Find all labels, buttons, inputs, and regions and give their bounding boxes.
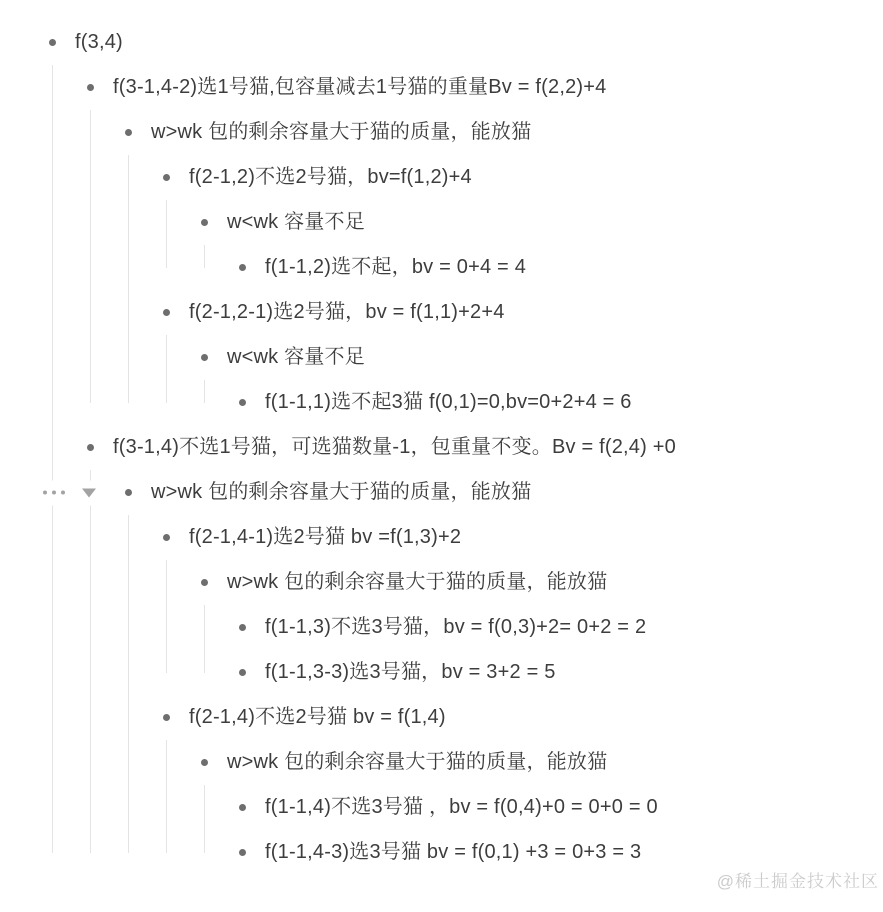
outline-children: w<wk 容量不足f(1-1,2)选不起，bv = 0+4 = 4 xyxy=(166,200,883,290)
outline-item[interactable]: f(3,4) xyxy=(49,20,883,65)
bullet-icon[interactable] xyxy=(163,714,170,721)
outline-node: f(1-1,4)不选3号猫 ，bv = f(0,4)+0 = 0+0 = 0 xyxy=(239,785,883,830)
outline-item[interactable]: f(1-1,4)不选3号猫 ，bv = f(0,4)+0 = 0+0 = 0 xyxy=(239,785,883,830)
outline-tree: f(3,4)f(3-1,4-2)选1号猫,包容量减去1号猫的重量Bv = f(2… xyxy=(0,0,883,875)
outline-item[interactable]: w<wk 容量不足 xyxy=(201,200,883,245)
outline-item-text: f(2-1,2-1)选2号猫，bv = f(1,1)+2+4 xyxy=(189,290,505,335)
outline-item-text: w>wk 包的剩余容量大于猫的质量，能放猫 xyxy=(227,560,607,605)
outline-node: w>wk 包的剩余容量大于猫的质量，能放猫f(2-1,2)不选2号猫，bv=f(… xyxy=(125,110,883,425)
outline-page: f(3,4)f(3-1,4-2)选1号猫,包容量减去1号猫的重量Bv = f(2… xyxy=(0,0,883,912)
outline-item-text: f(1-1,1)选不起3猫 f(0,1)=0,bv=0+2+4 = 6 xyxy=(265,380,632,425)
outline-item-text: f(2-1,2)不选2号猫，bv=f(1,2)+4 xyxy=(189,155,472,200)
outline-item-text: w<wk 容量不足 xyxy=(227,335,365,380)
outline-item-text: f(2-1,4)不选2号猫 bv = f(1,4) xyxy=(189,695,446,740)
outline-node: f(3-1,4-2)选1号猫,包容量减去1号猫的重量Bv = f(2,2)+4w… xyxy=(87,65,883,425)
outline-item-text: w<wk 容量不足 xyxy=(227,200,365,245)
bullet-icon[interactable] xyxy=(239,669,246,676)
bullet-icon[interactable] xyxy=(87,444,94,451)
bullet-icon[interactable] xyxy=(49,39,56,46)
outline-node: w>wk 包的剩余容量大于猫的质量，能放猫f(1-1,3)不选3号猫，bv = … xyxy=(201,560,883,695)
outline-node: w>wk 包的剩余容量大于猫的质量，能放猫f(1-1,4)不选3号猫 ，bv =… xyxy=(201,740,883,875)
outline-children: f(1-1,3)不选3号猫，bv = f(0,3)+2= 0+2 = 2f(1-… xyxy=(204,605,883,695)
bullet-icon[interactable] xyxy=(125,489,132,496)
bullet-icon[interactable] xyxy=(239,399,246,406)
outline-node: f(1-1,1)选不起3猫 f(0,1)=0,bv=0+2+4 = 6 xyxy=(239,380,883,425)
outline-children: w<wk 容量不足f(1-1,1)选不起3猫 f(0,1)=0,bv=0+2+4… xyxy=(166,335,883,425)
outline-item-text: f(1-1,2)选不起，bv = 0+4 = 4 xyxy=(265,245,526,290)
outline-node: f(3,4)f(3-1,4-2)选1号猫,包容量减去1号猫的重量Bv = f(2… xyxy=(49,20,883,875)
bullet-icon[interactable] xyxy=(201,354,208,361)
outline-item-text: f(1-1,4-3)选3号猫 bv = f(0,1) +3 = 0+3 = 3 xyxy=(265,830,641,875)
outline-node: f(1-1,3)不选3号猫，bv = f(0,3)+2= 0+2 = 2 xyxy=(239,605,883,650)
hover-controls xyxy=(39,480,100,505)
outline-children: f(1-1,2)选不起，bv = 0+4 = 4 xyxy=(204,245,883,290)
outline-item[interactable]: w>wk 包的剩余容量大于猫的质量，能放猫 xyxy=(201,560,883,605)
outline-node: f(3-1,4)不选1号猫，可选猫数量-1，包重量不变。Bv = f(2,4) … xyxy=(87,425,883,875)
outline-children: w>wk 包的剩余容量大于猫的质量，能放猫f(2-1,4-1)选2号猫 bv =… xyxy=(90,470,883,875)
outline-item[interactable]: f(3-1,4)不选1号猫，可选猫数量-1，包重量不变。Bv = f(2,4) … xyxy=(87,425,883,470)
outline-item[interactable]: w>wk 包的剩余容量大于猫的质量，能放猫 xyxy=(201,740,883,785)
bullet-icon[interactable] xyxy=(201,579,208,586)
outline-item-text: f(3,4) xyxy=(75,20,123,65)
bullet-icon[interactable] xyxy=(163,534,170,541)
outline-children: w>wk 包的剩余容量大于猫的质量，能放猫f(2-1,2)不选2号猫，bv=f(… xyxy=(90,110,883,425)
bullet-icon[interactable] xyxy=(239,264,246,271)
outline-children: f(1-1,1)选不起3猫 f(0,1)=0,bv=0+2+4 = 6 xyxy=(204,380,883,425)
outline-item-text: f(3-1,4-2)选1号猫,包容量减去1号猫的重量Bv = f(2,2)+4 xyxy=(113,65,606,110)
outline-item[interactable]: f(1-1,2)选不起，bv = 0+4 = 4 xyxy=(239,245,883,290)
bullet-icon[interactable] xyxy=(239,849,246,856)
collapse-arrow-icon[interactable] xyxy=(82,488,96,497)
outline-node: f(2-1,4)不选2号猫 bv = f(1,4)w>wk 包的剩余容量大于猫的… xyxy=(163,695,883,875)
bullet-icon[interactable] xyxy=(239,624,246,631)
outline-item[interactable]: f(2-1,2)不选2号猫，bv=f(1,2)+4 xyxy=(163,155,883,200)
outline-item-text: w>wk 包的剩余容量大于猫的质量，能放猫 xyxy=(227,740,607,785)
watermark: @稀土掘金技术社区 xyxy=(717,867,879,892)
outline-item-text: w>wk 包的剩余容量大于猫的质量，能放猫 xyxy=(151,110,531,155)
outline-item-text: f(3-1,4)不选1号猫，可选猫数量-1，包重量不变。Bv = f(2,4) … xyxy=(113,425,676,470)
outline-item[interactable]: w>wk 包的剩余容量大于猫的质量，能放猫 xyxy=(125,110,883,155)
bullet-icon[interactable] xyxy=(201,759,208,766)
outline-node: f(2-1,4-1)选2号猫 bv =f(1,3)+2w>wk 包的剩余容量大于… xyxy=(163,515,883,695)
outline-node: f(2-1,2-1)选2号猫，bv = f(1,1)+2+4w<wk 容量不足f… xyxy=(163,290,883,425)
bullet-icon[interactable] xyxy=(201,219,208,226)
outline-children: f(1-1,4)不选3号猫 ，bv = f(0,4)+0 = 0+0 = 0f(… xyxy=(204,785,883,875)
bullet-icon[interactable] xyxy=(125,129,132,136)
outline-children: f(3-1,4-2)选1号猫,包容量减去1号猫的重量Bv = f(2,2)+4w… xyxy=(52,65,883,875)
bullet-icon[interactable] xyxy=(87,84,94,91)
outline-node: f(1-1,2)选不起，bv = 0+4 = 4 xyxy=(239,245,883,290)
outline-children: w>wk 包的剩余容量大于猫的质量，能放猫f(1-1,4)不选3号猫 ，bv =… xyxy=(166,740,883,875)
outline-node: w<wk 容量不足f(1-1,1)选不起3猫 f(0,1)=0,bv=0+2+4… xyxy=(201,335,883,425)
outline-item[interactable]: f(2-1,2-1)选2号猫，bv = f(1,1)+2+4 xyxy=(163,290,883,335)
outline-children: f(2-1,4-1)选2号猫 bv =f(1,3)+2w>wk 包的剩余容量大于… xyxy=(128,515,883,875)
outline-node: f(1-1,3-3)选3号猫，bv = 3+2 = 5 xyxy=(239,650,883,695)
outline-item-text: f(1-1,3)不选3号猫，bv = f(0,3)+2= 0+2 = 2 xyxy=(265,605,646,650)
outline-item[interactable]: f(2-1,4-1)选2号猫 bv =f(1,3)+2 xyxy=(163,515,883,560)
outline-item[interactable]: w>wk 包的剩余容量大于猫的质量，能放猫 xyxy=(125,470,883,515)
outline-children: f(2-1,2)不选2号猫，bv=f(1,2)+4w<wk 容量不足f(1-1,… xyxy=(128,155,883,425)
outline-node: f(2-1,2)不选2号猫，bv=f(1,2)+4w<wk 容量不足f(1-1,… xyxy=(163,155,883,290)
outline-item[interactable]: f(2-1,4)不选2号猫 bv = f(1,4) xyxy=(163,695,883,740)
outline-item[interactable]: f(1-1,3-3)选3号猫，bv = 3+2 = 5 xyxy=(239,650,883,695)
outline-item[interactable]: w<wk 容量不足 xyxy=(201,335,883,380)
outline-item[interactable]: f(1-1,1)选不起3猫 f(0,1)=0,bv=0+2+4 = 6 xyxy=(239,380,883,425)
bullet-icon[interactable] xyxy=(163,174,170,181)
bullet-icon[interactable] xyxy=(239,804,246,811)
more-options-icon[interactable] xyxy=(43,491,65,495)
outline-children: w>wk 包的剩余容量大于猫的质量，能放猫f(1-1,3)不选3号猫，bv = … xyxy=(166,560,883,695)
outline-node: w<wk 容量不足f(1-1,2)选不起，bv = 0+4 = 4 xyxy=(201,200,883,290)
outline-item-text: w>wk 包的剩余容量大于猫的质量，能放猫 xyxy=(151,470,531,515)
bullet-icon[interactable] xyxy=(163,309,170,316)
outline-item-text: f(2-1,4-1)选2号猫 bv =f(1,3)+2 xyxy=(189,515,461,560)
outline-node: w>wk 包的剩余容量大于猫的质量，能放猫f(2-1,4-1)选2号猫 bv =… xyxy=(125,470,883,875)
outline-item[interactable]: f(1-1,3)不选3号猫，bv = f(0,3)+2= 0+2 = 2 xyxy=(239,605,883,650)
outline-item-text: f(1-1,4)不选3号猫 ，bv = f(0,4)+0 = 0+0 = 0 xyxy=(265,785,658,830)
outline-item[interactable]: f(3-1,4-2)选1号猫,包容量减去1号猫的重量Bv = f(2,2)+4 xyxy=(87,65,883,110)
outline-item-text: f(1-1,3-3)选3号猫，bv = 3+2 = 5 xyxy=(265,650,556,695)
